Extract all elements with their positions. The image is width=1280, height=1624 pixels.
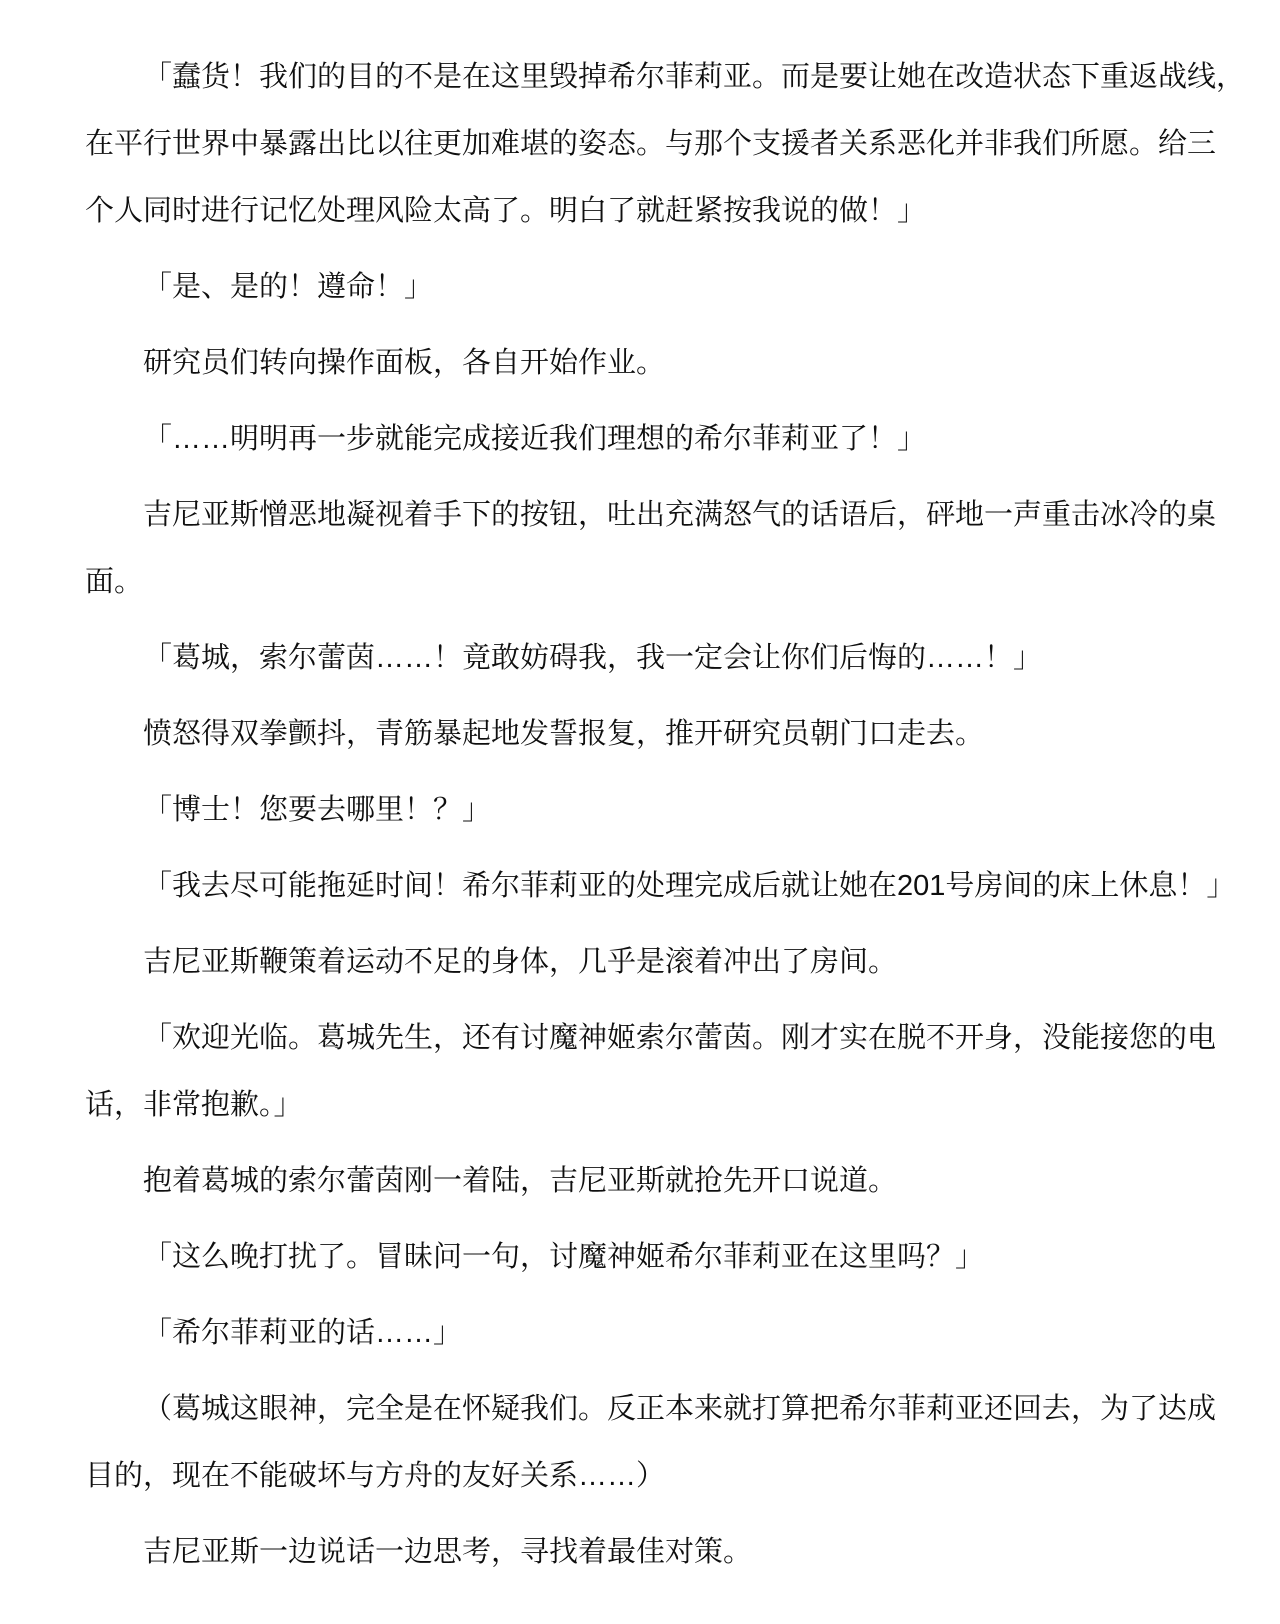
- text-line: 吉尼亚斯鞭策着运动不足的身体，几乎是滚着冲出了房间。: [85, 929, 1202, 996]
- paragraph: 吉尼亚斯憎恶地凝视着手下的按钮，吐出充满怒气的话语后，砰地一声重击冰冷的桌面。: [85, 482, 1202, 616]
- page-content: 「蠢货！我们的目的不是在这里毁掉希尔菲莉亚。而是要让她在改造状态下重返战线，在平…: [0, 0, 1280, 1586]
- text-line: 「这么晚打扰了。冒昧问一句，讨魔神姬希尔菲莉亚在这里吗？」: [85, 1224, 1202, 1291]
- paragraph: 「希尔菲莉亚的话……」: [85, 1300, 1202, 1367]
- paragraph: 抱着葛城的索尔蕾茵刚一着陆，吉尼亚斯就抢先开口说道。: [85, 1148, 1202, 1215]
- paragraph: 「是、是的！遵命！」: [85, 254, 1202, 321]
- paragraph: 吉尼亚斯鞭策着运动不足的身体，几乎是滚着冲出了房间。: [85, 929, 1202, 996]
- paragraph: 愤怒得双拳颤抖，青筋暴起地发誓报复，推开研究员朝门口走去。: [85, 701, 1202, 768]
- text-line: 个人同时进行记忆处理风险太高了。明白了就赶紧按我说的做！」: [85, 178, 1202, 245]
- text-line: 「希尔菲莉亚的话……」: [85, 1300, 1202, 1367]
- text-line: 抱着葛城的索尔蕾茵刚一着陆，吉尼亚斯就抢先开口说道。: [85, 1148, 1202, 1215]
- text-line: 吉尼亚斯一边说话一边思考，寻找着最佳对策。: [85, 1519, 1202, 1586]
- text-line: 「博士！您要去哪里！？」: [85, 777, 1202, 844]
- text-line: 愤怒得双拳颤抖，青筋暴起地发誓报复，推开研究员朝门口走去。: [85, 701, 1202, 768]
- text-line: 「葛城，索尔蕾茵……！竟敢妨碍我，我一定会让你们后悔的……！」: [85, 625, 1202, 692]
- text-line: 话，非常抱歉。」: [85, 1072, 1202, 1139]
- paragraph: 「葛城，索尔蕾茵……！竟敢妨碍我，我一定会让你们后悔的……！」: [85, 625, 1202, 692]
- paragraph: 研究员们转向操作面板，各自开始作业。: [85, 330, 1202, 397]
- text-line: （葛城这眼神，完全是在怀疑我们。反正本来就打算把希尔菲莉亚还回去，为了达成: [85, 1376, 1202, 1443]
- text-line: 「蠢货！我们的目的不是在这里毁掉希尔菲莉亚。而是要让她在改造状态下重返战线，: [85, 44, 1202, 111]
- text-line: 「欢迎光临。葛城先生，还有讨魔神姬索尔蕾茵。刚才实在脱不开身，没能接您的电: [85, 1005, 1202, 1072]
- paragraph: 「这么晚打扰了。冒昧问一句，讨魔神姬希尔菲莉亚在这里吗？」: [85, 1224, 1202, 1291]
- text-line: 「是、是的！遵命！」: [85, 254, 1202, 321]
- text-line: 面。: [85, 549, 1202, 616]
- paragraph: 「我去尽可能拖延时间！希尔菲莉亚的处理完成后就让她在201号房间的床上休息！」: [85, 853, 1202, 920]
- paragraph: 「欢迎光临。葛城先生，还有讨魔神姬索尔蕾茵。刚才实在脱不开身，没能接您的电话，非…: [85, 1005, 1202, 1139]
- paragraph: （葛城这眼神，完全是在怀疑我们。反正本来就打算把希尔菲莉亚还回去，为了达成目的，…: [85, 1376, 1202, 1510]
- text-line: 在平行世界中暴露出比以往更加难堪的姿态。与那个支援者关系恶化并非我们所愿。给三: [85, 111, 1202, 178]
- text-line: 目的，现在不能破坏与方舟的友好关系……）: [85, 1443, 1202, 1510]
- paragraph: 「博士！您要去哪里！？」: [85, 777, 1202, 844]
- text-line: 吉尼亚斯憎恶地凝视着手下的按钮，吐出充满怒气的话语后，砰地一声重击冰冷的桌: [85, 482, 1202, 549]
- text-line: 「……明明再一步就能完成接近我们理想的希尔菲莉亚了！」: [85, 406, 1202, 473]
- text-line: 「我去尽可能拖延时间！希尔菲莉亚的处理完成后就让她在201号房间的床上休息！」: [85, 853, 1202, 920]
- paragraph: 吉尼亚斯一边说话一边思考，寻找着最佳对策。: [85, 1519, 1202, 1586]
- paragraph: 「……明明再一步就能完成接近我们理想的希尔菲莉亚了！」: [85, 406, 1202, 473]
- text-line: 研究员们转向操作面板，各自开始作业。: [85, 330, 1202, 397]
- paragraph: 「蠢货！我们的目的不是在这里毁掉希尔菲莉亚。而是要让她在改造状态下重返战线，在平…: [85, 44, 1202, 245]
